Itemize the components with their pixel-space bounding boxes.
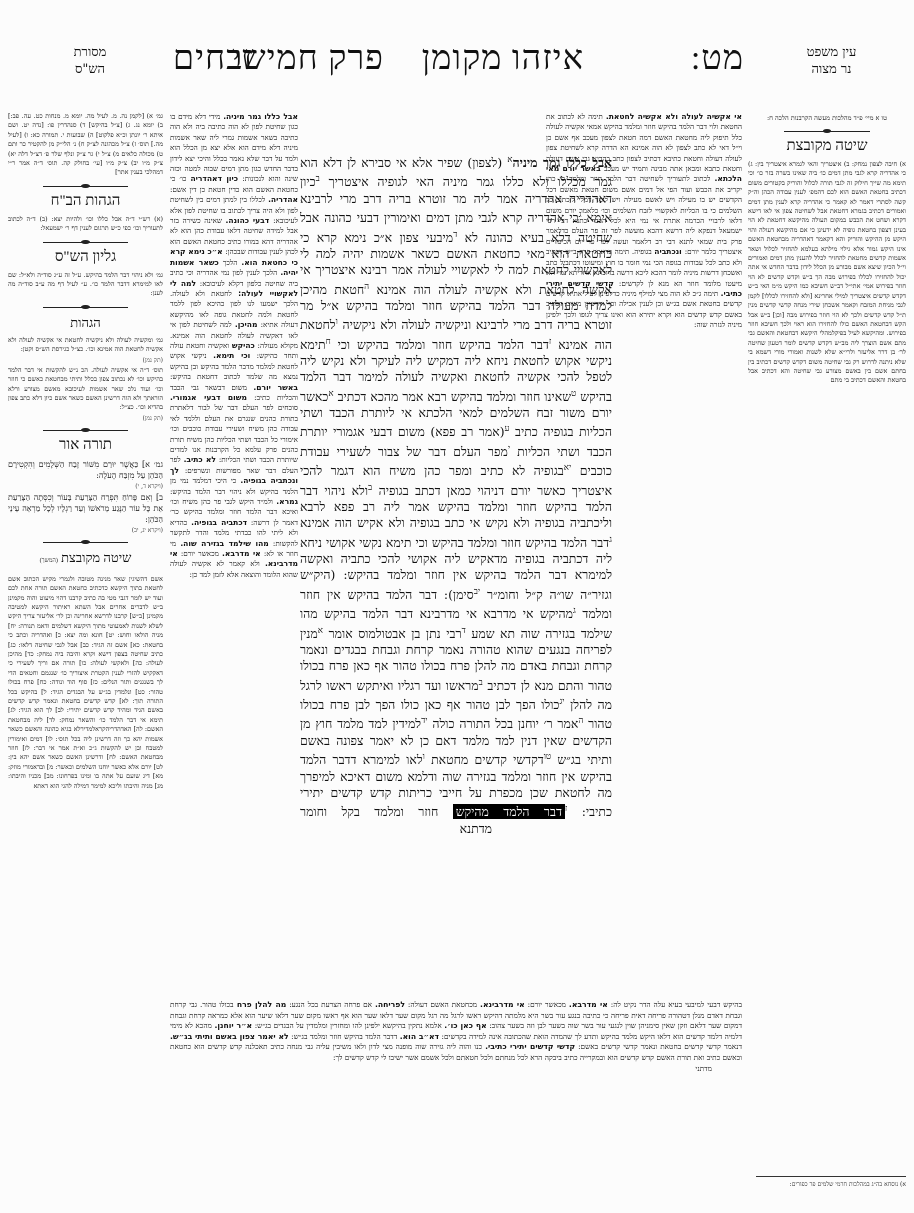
dibbur-hamatchil: אי מדרבינא. bbox=[480, 1000, 525, 1009]
page-header: עין משפט נר מצוה מט: איזהו מקומן פרק חמי… bbox=[0, 38, 914, 104]
commentary-text: דדבר הלמד בהיקש חוזר ומלמד בג״ש: bbox=[289, 1032, 400, 1041]
dibbur-hamatchil: דא״ב הוא. bbox=[400, 1032, 439, 1041]
perek-name: איזהו מקומן bbox=[422, 38, 584, 80]
footnote-rule bbox=[756, 1176, 906, 1177]
dibbur-hamatchil: אי מדרבא. bbox=[222, 549, 261, 558]
commentary-text: הלכך bbox=[219, 258, 242, 267]
bottom-catchword: מדתני bbox=[170, 1064, 742, 1075]
left-outer-margin: גמ׳ א) [לקמן נה. מ. לעיל מה. יומא מ. מנח… bbox=[8, 112, 163, 1152]
commentary-text: אם פרחה הצרעת בכל הנגע: bbox=[286, 1000, 375, 1009]
ornament-divider bbox=[43, 426, 128, 434]
highlighted-phrase: דבר הלמד מהיקש bbox=[453, 804, 565, 819]
ornament-divider bbox=[43, 303, 128, 311]
dibbur-hamatchil: דבעי כהונה. bbox=[226, 216, 274, 225]
hagahot-text: גמ׳ ומקשיה לעולה ולא ניקשיה לחטאת אי אקש… bbox=[8, 336, 163, 355]
dibbur-hamatchil: כיון דאהדריה bbox=[190, 174, 242, 183]
masoret-hashas-label: מסורת הש"ס bbox=[40, 44, 140, 78]
dibbur-hamatchil: א״ר יוחנן. bbox=[214, 1021, 252, 1030]
dibbur-hamatchil: וכי תימא. bbox=[213, 351, 250, 360]
hagahot-title: הגהות bbox=[8, 313, 163, 332]
gemara-opening-words: אבל כללו גמר מיניה bbox=[512, 155, 612, 170]
hagahot-tosafot-text: תוס׳ ד״ה אי אקשיה לעולה. הכ נ״ש להקשות א… bbox=[8, 366, 163, 413]
commentary-text: בהיקש דבעי למיבעי בעיא עלה הדר נקיט לה: bbox=[608, 1000, 742, 1009]
dibbur-hamatchil: אף כאן כו׳. bbox=[444, 1021, 486, 1030]
gemara-segment: רבי נתן בן אבטולמוס אומר bbox=[323, 626, 462, 641]
gemara-segment: אמר ר׳ יוחנן בכל התורה כולה bbox=[428, 717, 579, 732]
dibbur-hamatchil: אי מדרבא. bbox=[569, 1000, 608, 1009]
perek-number: פרק חמישי bbox=[232, 38, 384, 80]
commentary-text: דנאמר קדשי קדשים בחטאת ונאמר קדשי קדשים … bbox=[575, 1042, 742, 1051]
torah-or-ref-2: (ויקרא יג, יב) bbox=[8, 527, 163, 534]
gilyon-hashas-text: גמ׳ ולא ניהוי דבר הלמד בהיקש. ע״ל זה ע״ג… bbox=[8, 271, 163, 299]
shita-mekubetzet-cont-title: שיטה מקובצת (המשך) bbox=[8, 548, 163, 571]
gemara-segment: שאינו חוזר ומלמד בהיקש רבא אמר מהכא דכתי… bbox=[334, 389, 571, 404]
commentary-text: אלמא נתקין בהיקשא ילפינן להו ומחזרין ומל… bbox=[252, 1021, 444, 1030]
ornament-divider bbox=[43, 182, 128, 190]
gemara-catchword: מדתנא bbox=[300, 821, 612, 837]
tosafot-commentary: אבל כללו גמר מיניה. מידי דלא מידם בו כגו… bbox=[170, 112, 298, 1037]
gemara-segment: דקדשי קדשים מחטאת bbox=[425, 752, 544, 767]
ein-mishpat-label: עין משפט נר מצוה bbox=[759, 44, 904, 78]
hagahot-note: (תק נמן) bbox=[8, 357, 163, 364]
shita-mekubetzet-title: שיטה מקובצת bbox=[748, 137, 906, 156]
dibbur-hamatchil: גמרא. bbox=[276, 497, 298, 506]
gilyon-hashas-title: גליון הש"ס bbox=[8, 248, 163, 267]
hagahot-tosafot-note: (תק נמן) bbox=[8, 415, 163, 422]
dibbur-hamatchil: מהו שילמד בגזירה שוה. bbox=[180, 539, 268, 548]
masoret-hashas-text: גמ׳ א) [לקמן נה. מ. לעיל מה. יומא מ. מנח… bbox=[8, 112, 163, 178]
shita-mekubetzet-text: א) חיבה לצפון נמחק: ב) איצטריך והאי לגמר… bbox=[748, 160, 906, 386]
gemara-main-text: אבל כללו גמר מיניהא (לצפון) שפיר אלא אי … bbox=[300, 152, 612, 932]
dibbur-hamatchil: מהיכן. bbox=[235, 320, 258, 329]
daf-number: מט: bbox=[691, 38, 744, 80]
dibbur-hamatchil: כהיקש bbox=[232, 341, 255, 350]
torah-or-ref-1: (ויקרא ד, י) bbox=[8, 483, 163, 490]
shita-mekubetzet-cont-text: אשם דהשיגין שאר מנינה מטובה ולגמרי מקיש … bbox=[8, 575, 163, 791]
dibbur-hamatchil: לא כתיב. bbox=[184, 455, 216, 464]
ein-mishpat-entry: טו א מיי׳ פ״ד מהלכות מעשה הקרבנות הלכה ח… bbox=[748, 114, 906, 123]
hagahot-bach-text: (א) רש״י ד״ה אבל כללו וכו׳ ולהיות יצא: (… bbox=[8, 215, 163, 234]
bottom-commentary: בהיקש דבעי למיבעי בעיא עלה הדר נקיט לה: … bbox=[170, 1000, 742, 1135]
ornament-divider bbox=[43, 538, 128, 546]
ornament-divider bbox=[43, 238, 128, 246]
dibbur-hamatchil: לא יאמר צפון באשם ותיתי בג״ש. bbox=[170, 1032, 289, 1041]
torah-or-verse-2: ב] וְאִם פָּרוֹחַ תִּפְרַח הַצָּרַעַת בָ… bbox=[8, 492, 163, 525]
hagahot-bach-title: הגהות הב"ח bbox=[8, 192, 163, 211]
masechet-title: זבחים bbox=[173, 38, 254, 80]
commentary-text: מכחטאת האשם דעולה: bbox=[405, 1000, 480, 1009]
commentary-text: מידי דלא מידם בו כגון שחיטת לפון לא הוה … bbox=[170, 112, 298, 183]
reference-marker: ג bbox=[609, 535, 612, 545]
dibbur-hamatchil: ונכתביה bbox=[654, 247, 684, 256]
dibbur-hamatchil: אהדריה. bbox=[268, 195, 298, 204]
footnote: א) נוסחא בה״ג במהלכות חרמי שלמים פר כפור… bbox=[526, 1181, 906, 1188]
dibbur-hamatchil: קדשי קדשים יתירי כתיבי. bbox=[485, 1042, 575, 1051]
right-outer-margin: טו א מיי׳ פ״ד מהלכות מעשה הקרבנות הלכה ח… bbox=[748, 112, 906, 1152]
dibbur-hamatchil: מה להלן פרח bbox=[234, 1000, 287, 1009]
gemara-segment: דבר הלמד בהיקש חוזר ומלמד בהיקש וכי bbox=[331, 337, 549, 352]
dibbur-hamatchil: משום דבעי אגמורי. bbox=[170, 393, 247, 402]
dibbur-hamatchil: לפריחה. bbox=[375, 1000, 405, 1009]
gemara-segment: חוזר ומלמד בקל וחומר bbox=[300, 804, 453, 819]
ornament-divider bbox=[784, 127, 871, 135]
torah-or-title: תורה אור bbox=[8, 436, 163, 455]
commentary-text: מכאשר יורם: bbox=[178, 549, 222, 558]
dibbur-hamatchil: באשר יורם. bbox=[253, 383, 298, 392]
dibbur-hamatchil: דכתביה בגופיה. bbox=[191, 518, 247, 527]
dibbur-hamatchil: אי אקשיה לעולה ולא אקשיה לחטאת. bbox=[606, 112, 742, 121]
shita-cont-title-text: שיטה מקובצת bbox=[61, 550, 131, 565]
shita-cont-note: (המשך) bbox=[40, 558, 58, 564]
dibbur-hamatchil: אבל כללו גמר מיניה. bbox=[223, 112, 298, 121]
commentary-text: מכאשר יורם: bbox=[525, 1000, 569, 1009]
torah-or-verse-1: גמ׳ א] כַּאֲשֶׁר יוּרַם מִשּׁוֹר זֶבַח ה… bbox=[8, 459, 163, 481]
